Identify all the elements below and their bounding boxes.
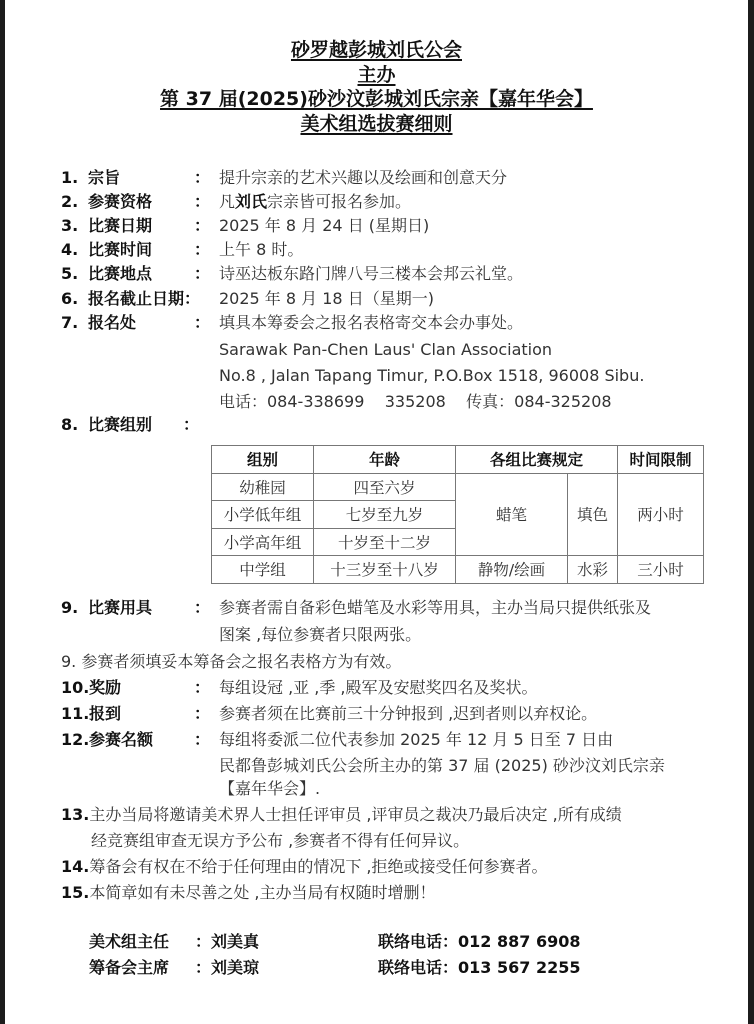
- section-number: 6.: [61, 287, 78, 311]
- section-label: 比赛日期: [88, 214, 152, 238]
- contact-art-director: 美术组主任: [89, 930, 169, 954]
- section-label: 参赛名额: [89, 728, 153, 752]
- section-value: 参赛者需自备彩色蜡笔及水彩等用具，主办当局只提供纸张及: [219, 596, 651, 620]
- cell-age: 十三岁至十八岁: [314, 556, 456, 584]
- section-colon: ：: [194, 676, 210, 700]
- section-number: 4.: [61, 238, 78, 262]
- section-colon: ：: [194, 166, 210, 190]
- section-label: 比赛地点: [88, 262, 152, 286]
- section-label: 奖励: [89, 676, 121, 700]
- section-label: 报名截止日期：: [88, 287, 200, 311]
- cell-time: 三小时: [618, 556, 704, 584]
- header-time-limit: 时间限制: [618, 446, 704, 474]
- cell-group: 中学组: [212, 556, 314, 584]
- section-colon: ：: [194, 702, 210, 726]
- contact-name: 刘美琼: [211, 958, 259, 977]
- section-value: 2025 年 8 月 18 日（星期一): [219, 287, 434, 311]
- section-value: 上午 8 时。: [219, 238, 303, 262]
- cell-type: 水彩: [568, 556, 618, 584]
- cell-time: 两小时: [618, 473, 704, 556]
- cell-age: 十岁至十二岁: [314, 528, 456, 556]
- document-title: 砂罗越彭城刘氏公会 主办 第 37 届(2025)砂沙汶彭城刘氏宗亲【嘉年华会】…: [5, 38, 748, 136]
- section-colon: ：: [194, 214, 210, 238]
- section-value: 提升宗亲的艺术兴趣以及绘画和创意天分: [219, 166, 507, 190]
- section-value: 本简章如有未尽善之处 ,主办当局有权随时增删！: [89, 883, 435, 902]
- section-value: 填具本筹委会之报名表格寄交本会办事处。: [219, 311, 523, 335]
- cell-type: 填色: [568, 473, 618, 556]
- section-value: 凡刘氏宗亲皆可报名参加。: [219, 190, 411, 214]
- section-colon: ：: [194, 311, 210, 335]
- section-number: 1.: [61, 166, 78, 190]
- section-number: 13.: [61, 805, 89, 824]
- section-number: 7.: [61, 311, 78, 335]
- section-value: 每组设冠 ,亚 ,季 ,殿军及安慰奖四名及奖状。: [219, 676, 538, 700]
- table-header-row: 组别 年龄 各组比赛规定 时间限制: [212, 446, 704, 474]
- section-number: 3.: [61, 214, 78, 238]
- header-group: 组别: [212, 446, 314, 474]
- section-colon: ：: [194, 238, 210, 262]
- contact-name: 刘美真: [211, 932, 259, 951]
- header-rules: 各组比赛规定: [456, 446, 618, 474]
- section-label: 比赛用具: [88, 596, 152, 620]
- section-label: 比赛时间: [88, 238, 152, 262]
- category-table: 组别 年龄 各组比赛规定 时间限制 幼稚园 四至六岁 蜡笔 填色 两小时 小学低…: [211, 445, 704, 584]
- event-name: 第 37 届(2025)砂沙汶彭城刘氏宗亲【嘉年华会】: [160, 88, 593, 110]
- cell-group: 幼稚园: [212, 473, 314, 501]
- cell-age: 四至六岁: [314, 473, 456, 501]
- section-number: 8.: [61, 413, 78, 437]
- document-subtitle: 美术组选拔赛细则: [300, 113, 452, 135]
- section-number: 10.: [61, 676, 89, 700]
- section-colon: ：: [183, 413, 199, 437]
- section-colon: ：: [194, 728, 210, 752]
- surname-emphasis: 刘氏: [235, 192, 267, 211]
- section-label: 宗旨: [88, 166, 120, 190]
- contact-phone-committee-chair: 联络电话：013 567 2255: [378, 956, 580, 980]
- table-row: 幼稚园 四至六岁 蜡笔 填色 两小时: [212, 473, 704, 501]
- header-age: 年龄: [314, 446, 456, 474]
- section-value: 筹备会有权在不给于任何理由的情况下 ,拒绝或接受任何参赛者。: [89, 857, 547, 876]
- contact-phone: 012 887 6908: [458, 932, 580, 951]
- section-label: 比赛组别: [88, 413, 152, 437]
- section-number: 5.: [61, 262, 78, 286]
- section-number: 2.: [61, 190, 78, 214]
- section-number: 14.: [61, 857, 89, 876]
- document-page: 砂罗越彭城刘氏公会 主办 第 37 届(2025)砂沙汶彭城刘氏宗亲【嘉年华会】…: [5, 0, 748, 1024]
- section-number: 15.: [61, 883, 89, 902]
- section-colon: ：: [194, 596, 210, 620]
- cell-age: 七岁至九岁: [314, 501, 456, 529]
- section-number: 9.: [61, 596, 78, 620]
- contact-phone: 013 567 2255: [458, 958, 580, 977]
- section-value: 主办当局将邀请美术界人士担任评审员 ,评审员之裁决乃最后决定 ,所有成绩: [89, 805, 621, 824]
- section-colon: ：: [194, 262, 210, 286]
- section-value: 参赛者须填妥本筹备会之报名表格方为有效。: [81, 652, 401, 671]
- section-value: 2025 年 8 月 24 日 (星期日): [219, 214, 429, 238]
- section-label: 参赛资格: [88, 190, 152, 214]
- cell-material: 蜡笔: [456, 473, 568, 556]
- organizer-name: 砂罗越彭城刘氏公会: [291, 39, 462, 61]
- contact-committee-chair: 筹备会主席: [89, 956, 169, 980]
- cell-material: 静物/绘画: [456, 556, 568, 584]
- section-number: 11.: [61, 702, 89, 726]
- section-colon: ：: [194, 190, 210, 214]
- organizer-role: 主办: [357, 64, 395, 86]
- cell-group: 小学高年组: [212, 528, 314, 556]
- contact-phone-art-director: 联络电话：012 887 6908: [378, 930, 580, 954]
- section-label: 报名处: [88, 311, 136, 335]
- contact-role: 筹备会主席: [89, 958, 169, 977]
- cell-group: 小学低年组: [212, 501, 314, 529]
- section-value: 每组将委派二位代表参加 2025 年 12 月 5 日至 7 日由: [219, 728, 613, 752]
- section-value: 诗巫达板东路门牌八号三楼本会邦云礼堂。: [219, 262, 523, 286]
- section-value: 参赛者须在比赛前三十分钟报到 ,迟到者则以弃权论。: [219, 702, 597, 726]
- section-number: 12.: [61, 728, 89, 752]
- section-number: 9.: [61, 652, 76, 671]
- section-label: 报到: [89, 702, 121, 726]
- contact-role: 美术组主任: [89, 932, 169, 951]
- table-row: 中学组 十三岁至十八岁 静物/绘画 水彩 三小时: [212, 556, 704, 584]
